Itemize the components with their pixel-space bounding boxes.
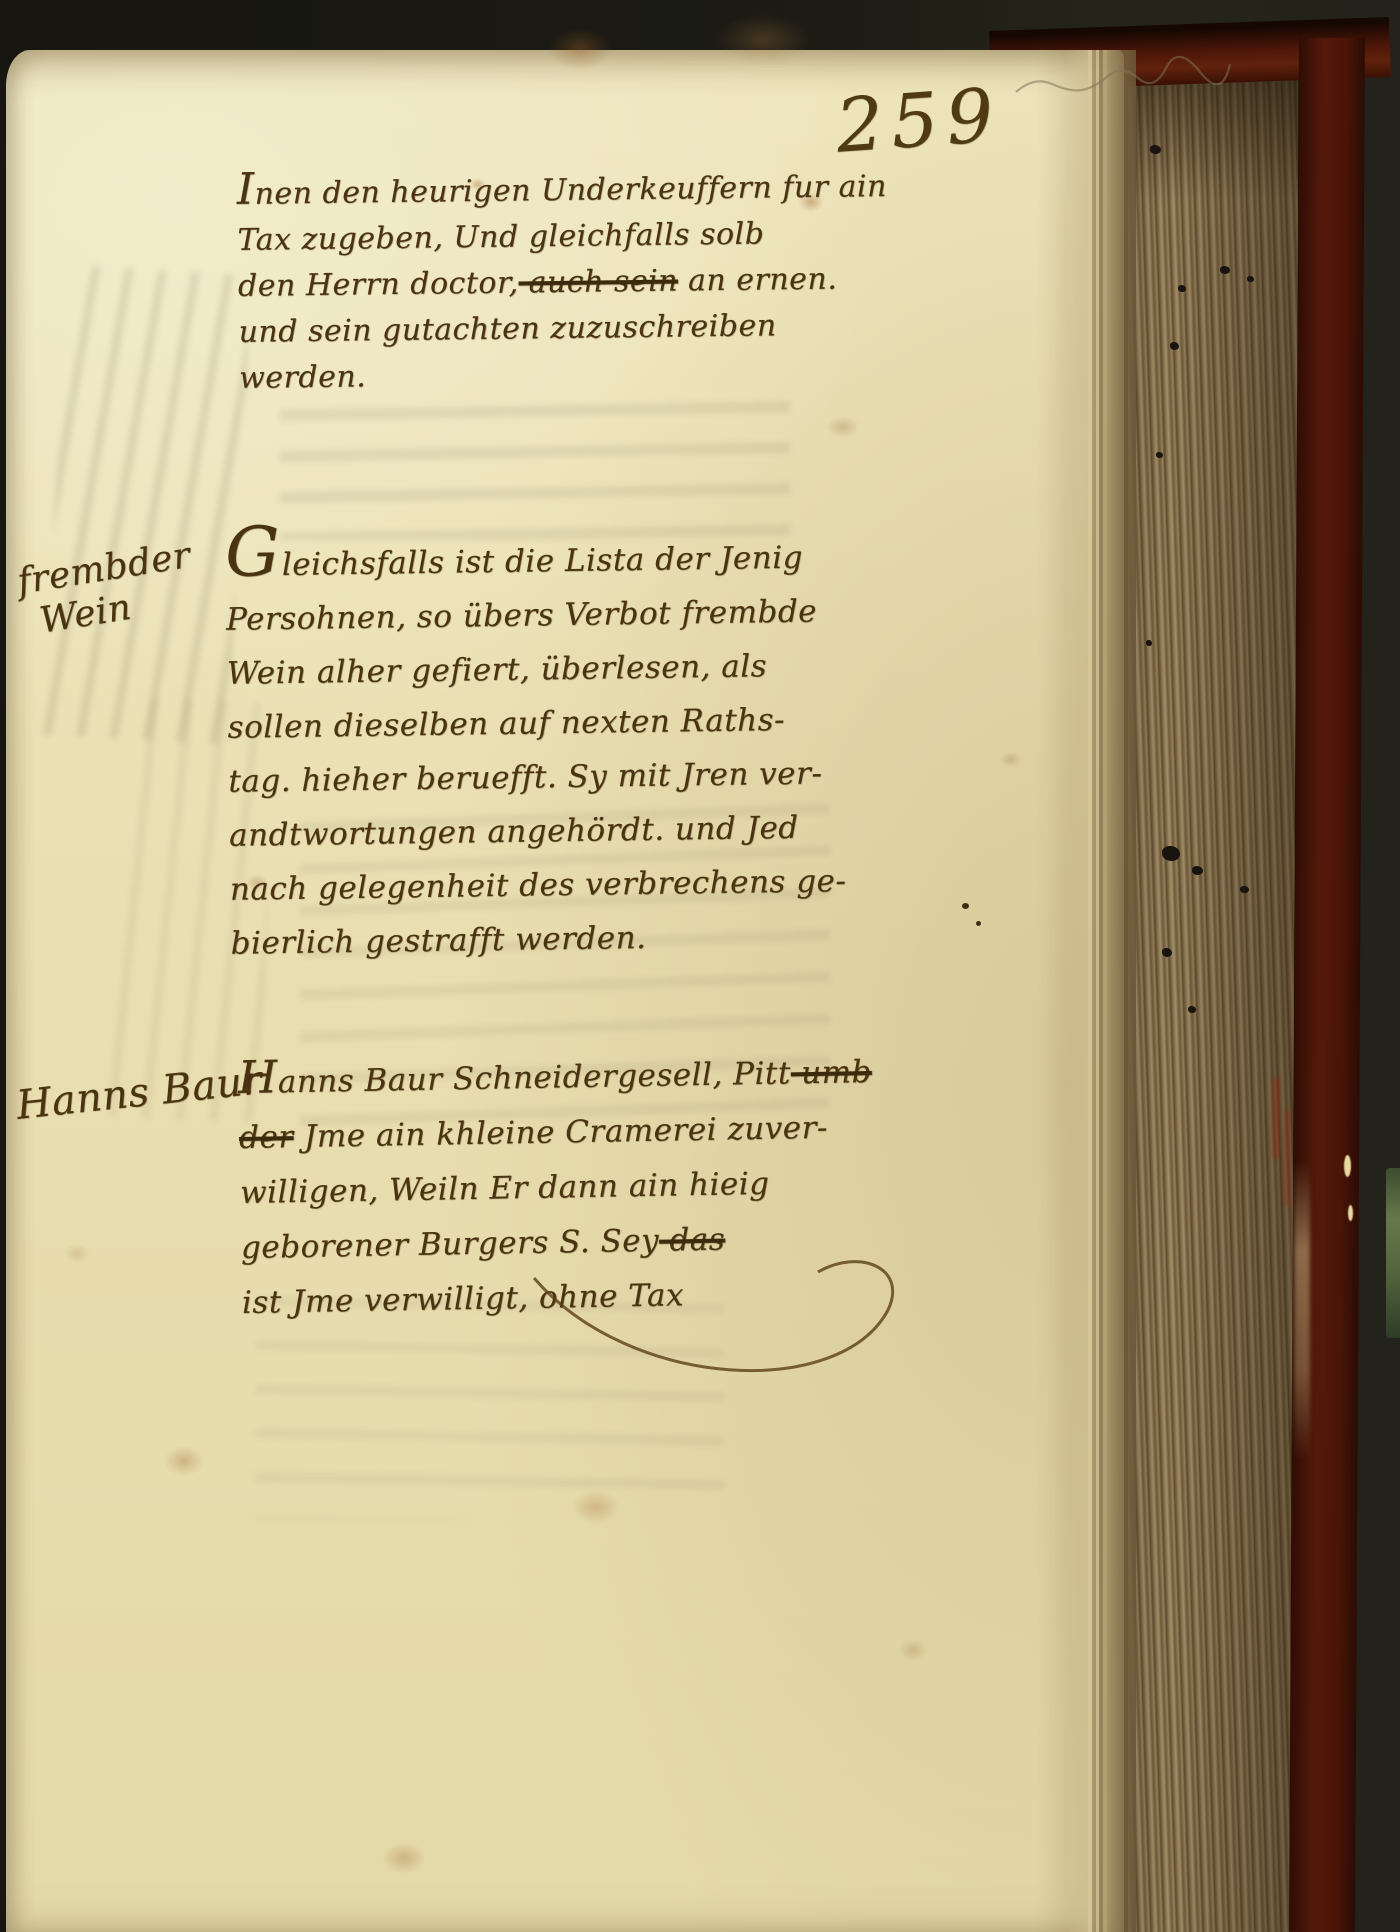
text-run: Persohnen, so übers Verbot frembde [226, 594, 817, 638]
text-run: werden. [239, 359, 367, 396]
text-run: bierlich gestrafft werden. [230, 920, 646, 962]
ink-speck [1220, 266, 1230, 274]
manuscript-line: tag. hieher beruefft. Sy mit Jren ver- [228, 745, 909, 808]
page-curl [1036, 50, 1136, 1932]
ink-speck [1170, 342, 1179, 350]
manuscript-line: andtwortungen angehördt. und Jed [229, 799, 910, 862]
leather-cover-edge [1289, 38, 1365, 1932]
ink-speck [1188, 1006, 1196, 1013]
red-edge-mark [1272, 1078, 1280, 1158]
leather-wear-mark [1294, 1160, 1310, 1460]
text-run: geborener Burgers S. Sey [241, 1223, 660, 1266]
manuscript-line: nach gelegenheit des verbrechens ge- [230, 853, 911, 916]
ink-speck [1162, 846, 1180, 861]
leather-nick [1348, 1205, 1353, 1221]
manuscript-line: Inen den heurigen Underkeuffern fur ain [237, 164, 878, 218]
text-run: ist Jme verwilligt, ohne Tax [242, 1277, 685, 1321]
manuscript-line: Persohnen, so übers Verbot frembde [226, 583, 907, 646]
ink-speck [1146, 640, 1152, 646]
manuscript-entry: Hanns Baur Schneidergesell, Pitt umbder … [238, 1044, 933, 1331]
struck-text: der [239, 1119, 294, 1156]
ink-speck [1240, 886, 1249, 893]
manuscript-line: Tax zugeben, Und gleichfalls solb [237, 210, 878, 264]
text-run: willigen, Weiln Er dann ain hieig [240, 1166, 770, 1211]
ink-speck [1162, 948, 1172, 957]
text-run: andtwortungen angehördt. und Jed [229, 810, 799, 854]
ink-speck [1150, 145, 1161, 154]
struck-text: das [659, 1222, 726, 1259]
text-run: Jme ain khleine Cramerei zuver- [293, 1110, 828, 1155]
manuscript-line: sollen dieselben auf nexten Raths- [227, 691, 908, 754]
ink-speck [962, 903, 969, 909]
text-run: und sein gutachten zuzuschreiben [238, 308, 776, 350]
manuscript-entry: Inen den heurigen Underkeuffern fur ainT… [237, 164, 880, 402]
book-fore-edge [1128, 60, 1298, 1932]
text-run: sollen dieselben auf nexten Raths- [227, 702, 785, 746]
ink-speck [1247, 276, 1254, 282]
text-run: tag. hieher beruefft. Sy mit Jren ver- [228, 755, 822, 799]
struck-text: umb [790, 1054, 872, 1091]
text-run: an ernen. [678, 262, 838, 299]
struck-text: auch sein [518, 264, 678, 301]
text-run: Gleichsfalls ist die Lista der Jenig [225, 540, 803, 584]
folio-number: 259 [833, 72, 1004, 169]
manuscript-scan: 259 Inen den heurigen Underkeuffern fur … [0, 0, 1400, 1932]
manuscript-line: Wein alher gefiert, überlesen, als [227, 637, 908, 700]
manuscript-line: werden. [239, 348, 880, 402]
ink-speck [1156, 452, 1163, 458]
manuscript-line: bierlich gestrafft werden. [230, 907, 911, 970]
text-run: Wein alher gefiert, überlesen, als [227, 648, 768, 692]
text-run: Tax zugeben, Und gleichfalls solb [237, 216, 764, 257]
leather-nick [1344, 1155, 1351, 1177]
manuscript-line: den Herrn doctor, auch sein an ernen. [238, 256, 879, 310]
text-run: Hanns Baur Schneidergesell, Pitt [238, 1055, 791, 1101]
text-run: den Herrn doctor, [238, 265, 519, 303]
manuscript-entry: Gleichsfalls ist die Lista der JenigPers… [225, 529, 911, 970]
ink-speck [976, 921, 981, 926]
text-run: Inen den heurigen Underkeuffern fur ain [237, 169, 887, 212]
ink-speck [1178, 285, 1186, 292]
manuscript-line: und sein gutachten zuzuschreiben [238, 302, 879, 356]
ink-speck [1192, 866, 1203, 875]
manuscript-line: Gleichsfalls ist die Lista der Jenig [225, 529, 906, 592]
red-edge-mark [1284, 1110, 1290, 1206]
book-clasp [1386, 1168, 1400, 1338]
text-run: nach gelegenheit des verbrechens ge- [230, 863, 847, 908]
